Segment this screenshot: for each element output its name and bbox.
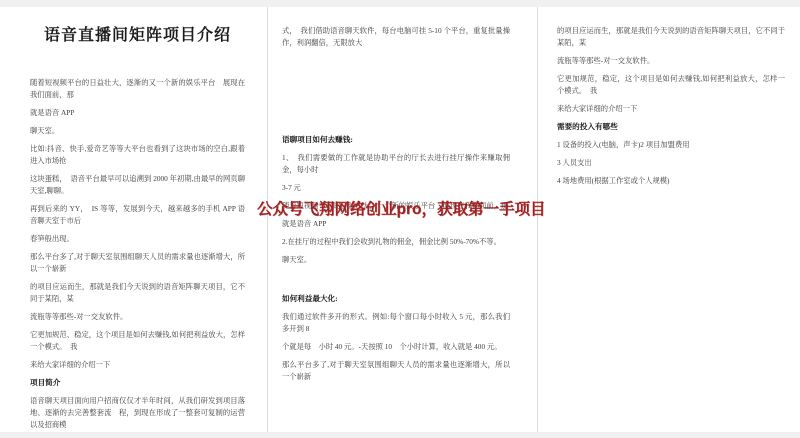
page-gap-top [0,0,800,7]
page-divider-1 [267,7,268,432]
paragraph: 随着短视频平台的日益壮大，逐渐的又一个新的娱乐平台 展现在我们面前，那 [30,77,245,101]
paragraph: 它更加规范、稳定，这个项目是如何去赚钱,如何把利益放大，怎样一个模式。 我 [30,329,245,353]
section-heading: 项目简介 [30,377,245,389]
paragraph: 就是语音 APP [30,107,245,119]
paragraph: 流瓶等等那些-对一交友软件。 [30,311,245,323]
paragraph: 我们通过软件多开的形式。例如:每个窗口每小时收入 5 元，那么我们多开到 8 [282,311,510,335]
paragraph: 个就是每 小时 40 元。-天按照 10 个小时计算，收入就是 400 元。 [282,341,510,353]
paragraph: 3 人员支出 [557,157,785,169]
document-title: 语音直播间矩阵项目介绍 [30,25,245,47]
paragraph: 1 设备的投入(电脑，声卡)2 项目加盟费用 [557,139,785,151]
paragraph: 流瓶等等那些-对一交友软件。 [557,55,785,67]
document-page-1: 语音直播间矩阵项目介绍 随着短视频平台的日益壮大，逐渐的又一个新的娱乐平台 展现… [0,7,267,432]
paragraph: 式， 我们借助语音聊天软件，每台电脑可挂 5-10 个平台，重复批量操作，利润翻… [282,25,510,49]
paragraph: 那么平台多了,对于聊天室氛围组聊天人员的需求量也逐渐增大，所以一个崭新 [282,359,510,383]
paragraph: 聊天室。 [30,125,245,137]
section-heading: 需要的投入有哪些 [557,121,785,133]
page-divider-2 [537,7,538,432]
page-1-body: 随着短视频平台的日益壮大，逐渐的又一个新的娱乐平台 展现在我们面前，那就是语音 … [30,77,245,431]
paragraph: 的项目应运而生，那就是我们今天说到的语音矩阵聊天项目，它不同于某陌，某 [30,281,245,305]
paragraph: 2.在挂厅的过程中我们会收到礼物的佣金，佣金比例 50%-70%不等。 [282,236,510,248]
section-heading: 语聊项目如何去赚钱: [282,134,510,146]
paragraph: 聊天室。 [282,254,510,266]
watermark-text: 公众号飞翔网络创业pro，获取第一手项目 [257,201,545,218]
paragraph: 那么平台多了,对于聊天室氛围组聊天人员的需求量也逐渐增大，所以一个崭新 [30,251,245,275]
section-heading: 如何利益最大化: [282,293,510,305]
paragraph: 1、 我们需要做的工作就是协助平台的厅长去进行挂厅操作来赚取佣金，每小时 [282,152,510,176]
paragraph: 比如:抖音、快手,爱奇艺等等大平台也看到了这块市场的空白,跟着进入市场抢 [30,143,245,167]
paragraph: 语音聊天项目面向用户招商仅仅才半年时间，从我们研发到项目落地、逐渐的去完善整套流… [30,395,245,431]
document-page-2: 式， 我们借助语音聊天软件，每台电脑可挂 5-10 个平台，重复批量操作，利润翻… [268,7,537,432]
page-gap-bottom [0,432,800,438]
paragraph: 春笋般出现。 [30,233,245,245]
paragraph: 来给大家详细的介绍一下 [557,103,785,115]
paragraph: 3-7 元 [282,182,510,194]
paragraph: 这块蛋糕， 语音平台最早可以追溯到 2000 年初期,由最早的网页聊天室,聊聊。 [30,173,245,197]
paragraph: 的项目应运而生，那就是我们今天说到的语音矩阵聊天项目，它不同于某陌，某 [557,25,785,49]
paragraph: 再到后来的 YY， IS 等等，发展到今天，越来越多的手机 APP 语音聊天室于… [30,203,245,227]
page-3-body: 的项目应运而生，那就是我们今天说到的语音矩阵聊天项目，它不同于某陌，某流瓶等等那… [557,25,785,187]
paragraph: 它更加规范，稳定，这个项目是如何去赚钱,如何把利益放大，怎样一个模式。 我 [557,73,785,97]
document-preview: 语音直播间矩阵项目介绍 随着短视频平台的日益壮大，逐渐的又一个新的娱乐平台 展现… [0,0,800,438]
paragraph: 4 场地费用(根据工作室或个人规模) [557,175,785,187]
paragraph: 来给大家详细的介绍一下 [30,359,245,371]
paragraph: 就是语音 APP [282,218,510,230]
document-page-3: 的项目应运而生，那就是我们今天说到的语音矩阵聊天项目，它不同于某陌，某流瓶等等那… [538,7,800,432]
